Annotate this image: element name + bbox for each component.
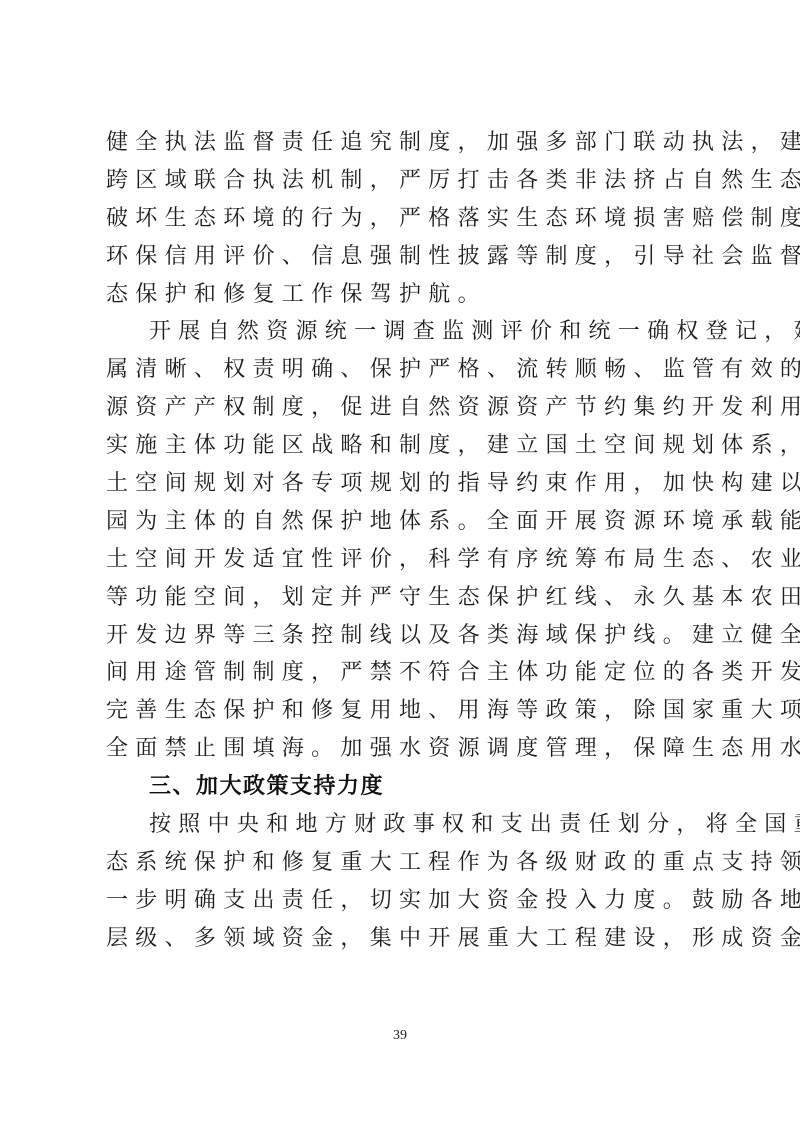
text-line: 态系统保护和修复重大工程作为各级财政的重点支持领域，进 [106,844,706,882]
text-line: 完善生态保护和修复用地、用海等政策，除国家重大项目外， [106,692,706,730]
text-line: 环保信用评价、信息强制性披露等制度，引导社会监督，为生 [106,238,706,276]
text-line: 间用途管制制度，严禁不符合主体功能定位的各类开发活动。 [106,654,706,692]
paragraph-enforcement-supervision: 健全执法监督责任追究制度，加强多部门联动执法，建立健全 跨区域联合执法机制，严厉… [106,124,706,313]
text-line: 源资产产权制度，促进自然资源资产节约集约开发利用。深入 [106,389,706,427]
paragraph-natural-resources: 开展自然资源统一调查监测评价和统一确权登记，建立归 属清晰、权责明确、保护严格、… [106,313,706,768]
section-heading: 三、加大政策支持力度 [106,768,706,806]
text-line: 土空间规划对各专项规划的指导约束作用，加快构建以国家公 [106,465,706,503]
document-page: 健全执法监督责任追究制度，加强多部门联动执法，建立健全 跨区域联合执法机制，严厉… [0,0,800,1131]
text-line: 属清晰、权责明确、保护严格、流转顺畅、监管有效的自然资 [106,351,706,389]
paragraph-policy-support: 按照中央和地方财政事权和支出责任划分，将全国重要生 态系统保护和修复重大工程作为… [106,806,706,958]
text-line: 健全执法监督责任追究制度，加强多部门联动执法，建立健全 [106,124,706,162]
body-text: 健全执法监督责任追究制度，加强多部门联动执法，建立健全 跨区域联合执法机制，严厉… [106,124,706,958]
text-line: 土空间开发适宜性评价，科学有序统筹布局生态、农业、城镇 [106,541,706,579]
text-line: 全面禁止围填海。加强水资源调度管理，保障生态用水需要。 [106,730,706,768]
text-line: 开发边界等三条控制线以及各类海域保护线。建立健全国土空 [106,617,706,655]
text-line: 态保护和修复工作保驾护航。 [106,276,706,314]
text-line-first: 按照中央和地方财政事权和支出责任划分，将全国重要生 [106,806,706,844]
text-line: 破坏生态环境的行为，严格落实生态环境损害赔偿制度，健全 [106,200,706,238]
text-line: 园为主体的自然保护地体系。全面开展资源环境承载能力和国 [106,503,706,541]
text-line: 等功能空间，划定并严守生态保护红线、永久基本农田、城镇 [106,579,706,617]
text-line: 实施主体功能区战略和制度，建立国土空间规划体系，强化国 [106,427,706,465]
page-number: 39 [0,1028,800,1044]
text-line-first: 开展自然资源统一调查监测评价和统一确权登记，建立归 [106,313,706,351]
text-line: 一步明确支出责任，切实加大资金投入力度。鼓励各地统筹多 [106,882,706,920]
text-line: 层级、多领域资金，集中开展重大工程建设，形成资金投入合 [106,920,706,958]
text-line: 跨区域联合执法机制，严厉打击各类非法挤占自然生态空间、 [106,162,706,200]
